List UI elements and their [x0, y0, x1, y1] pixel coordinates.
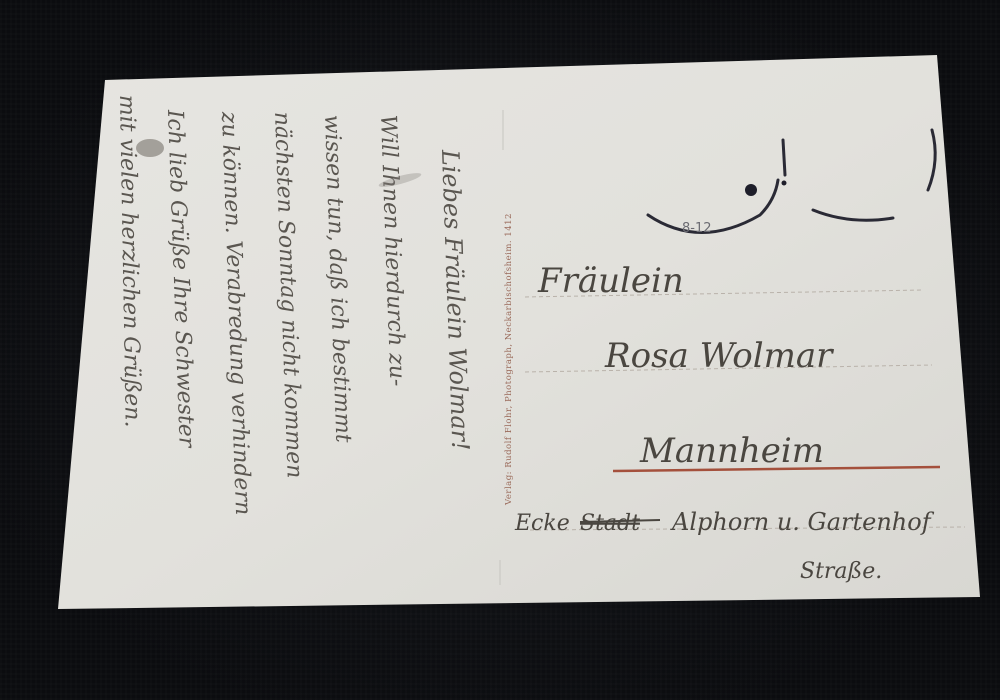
ink-smudge: [136, 139, 164, 157]
postcard: Verlag: Rudolf Flohr, Photograph, Neckar…: [0, 0, 1000, 700]
publisher-imprint: Verlag: Rudolf Flohr, Photograph, Neckar…: [504, 213, 514, 506]
address-street-prefix: Ecke: [514, 511, 570, 536]
address-street-struck: Stadt: [580, 511, 640, 536]
address-name: Rosa Wolmar: [604, 336, 834, 376]
address-street-suffix: Straße.: [800, 559, 882, 584]
address-salutation: Fräulein: [537, 261, 684, 301]
address-street: Alphorn u. Gartenhof: [670, 508, 935, 536]
svg-text:8-12: 8-12: [682, 221, 712, 236]
address-city: Mannheim: [639, 431, 824, 471]
